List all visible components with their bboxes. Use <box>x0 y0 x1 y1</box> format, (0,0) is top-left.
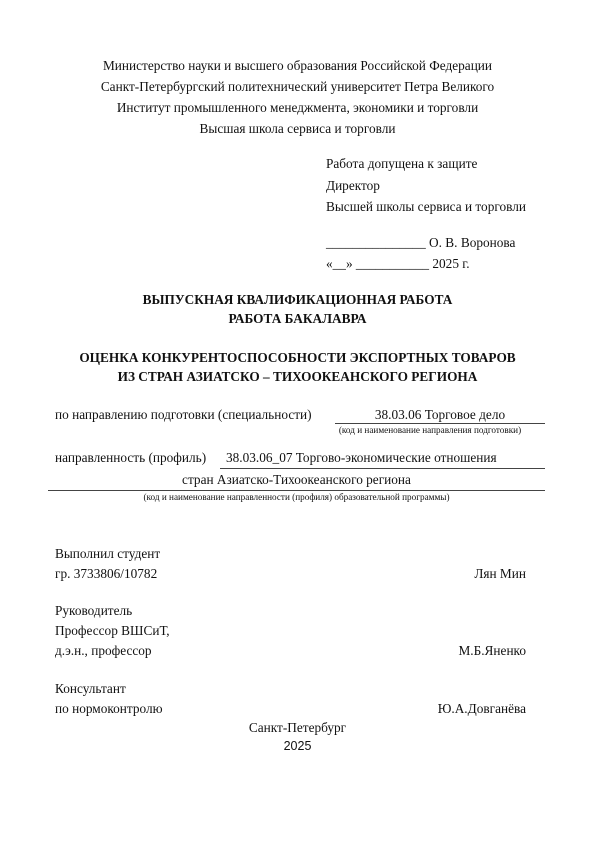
institute-line: Институт промышленного менеджмента, экон… <box>0 100 595 116</box>
approval-signature-line: _______________ О. В. Воронова <box>326 235 515 251</box>
direction-underline <box>335 423 545 424</box>
direction-caption: (код и наименование направления подготов… <box>320 425 540 435</box>
university-line: Санкт-Петербургский политехнический унив… <box>0 79 595 95</box>
profile-value-line2: стран Азиатско-Тихоокеанского региона <box>48 472 545 488</box>
profile-underline-1 <box>220 468 545 469</box>
approval-admitted: Работа допущена к защите <box>326 156 477 172</box>
work-type-title: ВЫПУСКНАЯ КВАЛИФИКАЦИОННАЯ РАБОТА <box>0 292 595 308</box>
student-name: Лян Мин <box>474 566 526 582</box>
consultant-name: Ю.А.Довганёва <box>438 701 526 717</box>
profile-underline-2 <box>48 490 545 491</box>
ministry-line: Министерство науки и высшего образования… <box>0 58 595 74</box>
thesis-title-line2: ИЗ СТРАН АЗИАТСКО – ТИХООКЕАНСКОГО РЕГИО… <box>0 369 595 385</box>
supervisor-degree: д.э.н., профессор <box>55 643 152 659</box>
thesis-title-line1: ОЦЕНКА КОНКУРЕНТОСПОСОБНОСТИ ЭКСПОРТНЫХ … <box>0 350 595 366</box>
approval-date-line: «__» ___________ 2025 г. <box>326 256 470 272</box>
consultant-role: Консультант <box>55 681 126 697</box>
supervisor-position: Профессор ВШСиТ, <box>55 623 170 639</box>
profile-caption: (код и наименование направленности (проф… <box>48 492 545 502</box>
direction-value: 38.03.06 Торговое дело <box>335 407 545 423</box>
approval-director: Директор <box>326 178 380 194</box>
supervisor-name: М.Б.Яненко <box>458 643 526 659</box>
student-group: гр. 3733806/10782 <box>55 566 157 582</box>
profile-label: направленность (профиль) <box>55 450 206 466</box>
work-type-subtitle: РАБОТА БАКАЛАВРА <box>0 311 595 327</box>
profile-value-line1: 38.03.06_07 Торгово-экономические отноше… <box>226 450 497 466</box>
footer-city: Санкт-Петербург <box>0 720 595 736</box>
footer-year: 2025 <box>0 739 595 753</box>
student-role: Выполнил студент <box>55 546 160 562</box>
approval-school: Высшей школы сервиса и торговли <box>326 199 526 215</box>
direction-label: по направлению подготовки (специальности… <box>55 407 312 423</box>
consultant-area: по нормоконтролю <box>55 701 163 717</box>
supervisor-role: Руководитель <box>55 603 132 619</box>
school-line: Высшая школа сервиса и торговли <box>0 121 595 137</box>
